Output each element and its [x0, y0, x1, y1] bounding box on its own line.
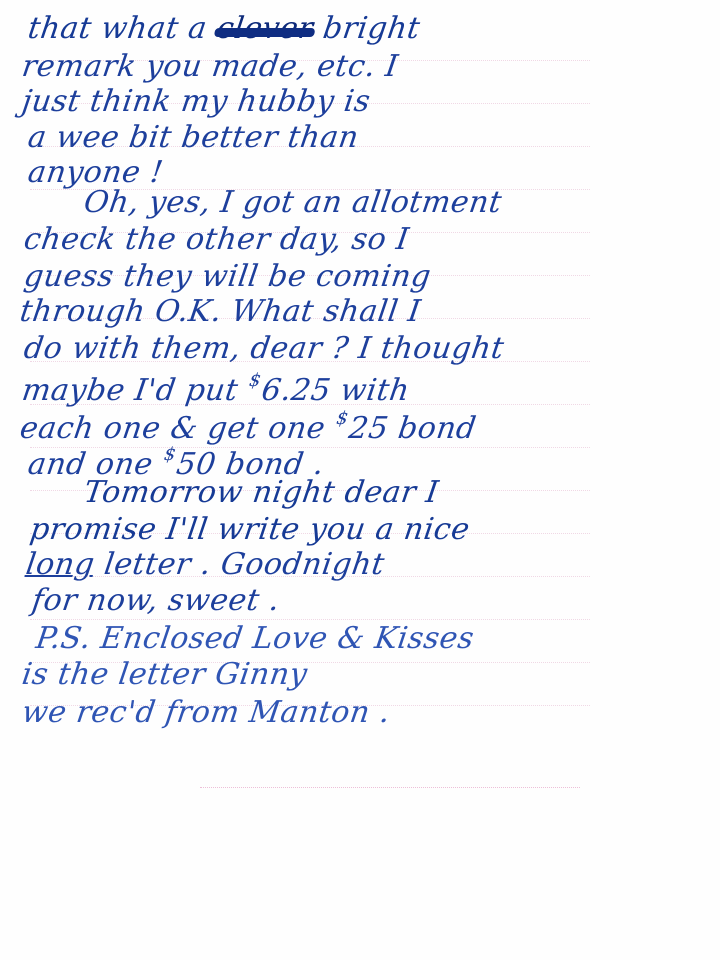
- line-text: 6.25 with: [259, 373, 411, 408]
- dollar-sign: $: [335, 408, 350, 429]
- ruled-line: [30, 619, 590, 620]
- line-text: bright: [311, 11, 423, 46]
- letter-page: that what a clever bright remark you mad…: [0, 0, 720, 960]
- letter-line-2: remark you made, etc. I: [20, 52, 400, 82]
- line-text: that what a: [26, 11, 220, 46]
- letter-line-5: anyone !: [26, 158, 165, 188]
- letter-line-3: just think my hubby is: [20, 87, 372, 117]
- dollar-sign: $: [163, 444, 178, 465]
- letter-line-19: is the letter Ginny: [20, 660, 309, 690]
- letter-line-8: guess they will be coming: [22, 262, 433, 292]
- ruled-line: [200, 787, 580, 788]
- line-text: check the other day, so I: [22, 222, 412, 257]
- line-text: Oh, yes, I got an allotment: [82, 185, 504, 220]
- line-text: Tomorrow night dear I: [82, 475, 441, 510]
- letter-line-14: Tomorrow night dear I: [82, 478, 441, 508]
- letter-line-20: we rec'd from Manton .: [20, 698, 392, 728]
- letter-line-17: for now, sweet .: [30, 586, 282, 616]
- letter-line-1: that what a clever bright: [26, 14, 422, 44]
- letter-line-10: do with them, dear ? I thought: [22, 334, 506, 364]
- line-text: a wee bit better than: [26, 120, 361, 155]
- letter-line-4: a wee bit better than: [26, 123, 361, 153]
- line-text: 25 bond: [347, 411, 479, 446]
- line-text: letter . Goodnight: [92, 547, 387, 582]
- letter-line-11: maybe I'd put $6.25 with: [20, 372, 412, 406]
- line-text: for now, sweet .: [30, 583, 282, 618]
- line-text: maybe I'd put: [20, 373, 251, 408]
- letter-line-6: Oh, yes, I got an allotment: [82, 188, 504, 218]
- line-text: do with them, dear ? I thought: [22, 331, 507, 366]
- line-text: guess they will be coming: [22, 259, 434, 294]
- line-text: promise I'll write you a nice: [28, 512, 472, 547]
- letter-line-9: through O.K. What shall I: [18, 297, 423, 327]
- line-text: each one & get one: [18, 411, 338, 446]
- line-text: we rec'd from Manton .: [20, 695, 393, 730]
- letter-line-16: long letter . Goodnight: [24, 550, 386, 580]
- line-text: through O.K. What shall I: [18, 294, 423, 329]
- crossed-out-word: clever: [215, 14, 315, 44]
- line-text: is the letter Ginny: [20, 657, 310, 692]
- letter-line-7: check the other day, so I: [22, 225, 411, 255]
- letter-line-12: each one & get one $25 bond: [18, 410, 479, 444]
- line-text: remark you made, etc. I: [20, 49, 401, 84]
- underlined-word: long: [24, 547, 97, 582]
- line-text: just think my hubby is: [20, 84, 373, 119]
- letter-line-18: P.S. Enclosed Love & Kisses: [34, 624, 476, 654]
- line-text: P.S. Enclosed Love & Kisses: [34, 621, 477, 656]
- letter-line-15: promise I'll write you a nice: [28, 515, 472, 545]
- dollar-sign: $: [248, 370, 263, 391]
